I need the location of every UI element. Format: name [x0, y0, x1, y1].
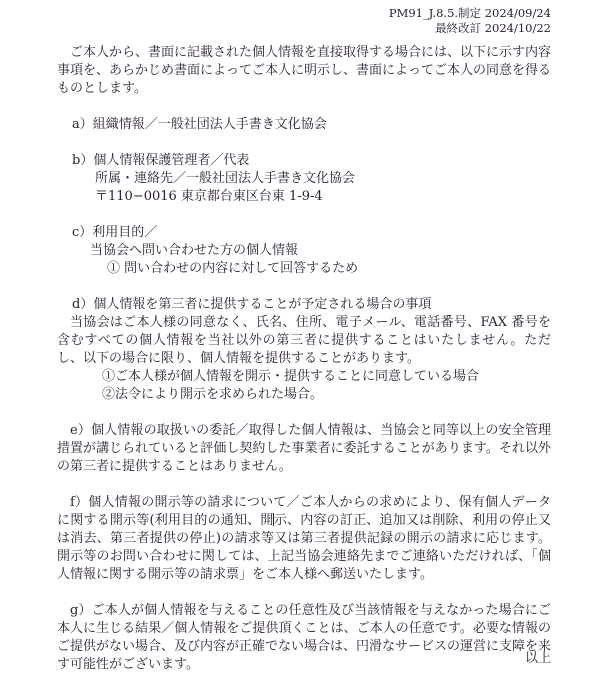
section-e: e）個人情報の取扱いの委託／取得した個人情報は、当協会と同等以上の安全管理措置が…: [57, 422, 551, 476]
section-g: g）ご本人が個人情報を与えることの任意性及び当該情報を与えなかった場合にご本人に…: [57, 602, 551, 674]
section-d-heading: d）個人情報を第三者に提供することが予定される場合の事項: [57, 296, 551, 314]
section-c-line: 当協会へ問い合わせた方の個人情報: [57, 242, 551, 260]
section-f: f）個人情報の開示等の請求について／ご本人からの求めにより、保有個人データに関す…: [57, 494, 551, 584]
section-c-item-1: ① 問い合わせの内容に対して回答するため: [57, 260, 551, 278]
section-c: c）利用目的／ 当協会へ問い合わせた方の個人情報 ① 問い合わせの内容に対して回…: [57, 224, 551, 278]
section-d-item-2: ②法令により開示を求められた場合。: [57, 386, 551, 404]
section-d: d）個人情報を第三者に提供することが予定される場合の事項 当協会はご本人様の同意…: [57, 296, 551, 404]
section-b: b）個人情報保護管理者／代表 所属・連絡先／一般社団法人手書き文化協会 〒110…: [57, 152, 551, 206]
section-b-address: 〒110−0016 東京都台東区台東 1-9-4: [57, 188, 551, 206]
closing-remark: 以上: [525, 650, 551, 668]
revised-date: 最終改訂 2024/10/22: [389, 21, 551, 36]
section-e-text: e）個人情報の取扱いの委託／取得した個人情報は、当協会と同等以上の安全管理措置が…: [57, 422, 551, 476]
document-body: ご本人から、書面に記載された個人情報を直接取得する場合には、以下に示す内容事項を…: [57, 44, 551, 674]
section-f-text[interactable]: f）個人情報の開示等の請求について／ご本人からの求めにより、保有個人データに関す…: [57, 494, 551, 584]
section-d-body: 当協会はご本人様の同意なく、氏名、住所、電子メール、電話番号、FAX 番号を含む…: [57, 314, 551, 368]
document-header: PM91_J.8.5.制定 2024/09/24 最終改訂 2024/10/22: [389, 6, 551, 36]
section-b-heading: b）個人情報保護管理者／代表: [57, 152, 551, 170]
section-b-affiliation: 所属・連絡先／一般社団法人手書き文化協会: [57, 170, 551, 188]
intro-paragraph: ご本人から、書面に記載された個人情報を直接取得する場合には、以下に示す内容事項を…: [57, 44, 551, 98]
section-c-heading: c）利用目的／: [57, 224, 551, 242]
section-d-item-1: ①ご本人様が個人情報を開示・提供することに同意している場合: [57, 368, 551, 386]
section-a: a）組織情報／一般社団法人手書き文化協会: [57, 116, 551, 134]
document-id-date: PM91_J.8.5.制定 2024/09/24: [389, 6, 551, 21]
section-g-text: g）ご本人が個人情報を与えることの任意性及び当該情報を与えなかった場合にご本人に…: [57, 602, 551, 674]
section-a-heading: a）組織情報／一般社団法人手書き文化協会: [57, 116, 551, 134]
